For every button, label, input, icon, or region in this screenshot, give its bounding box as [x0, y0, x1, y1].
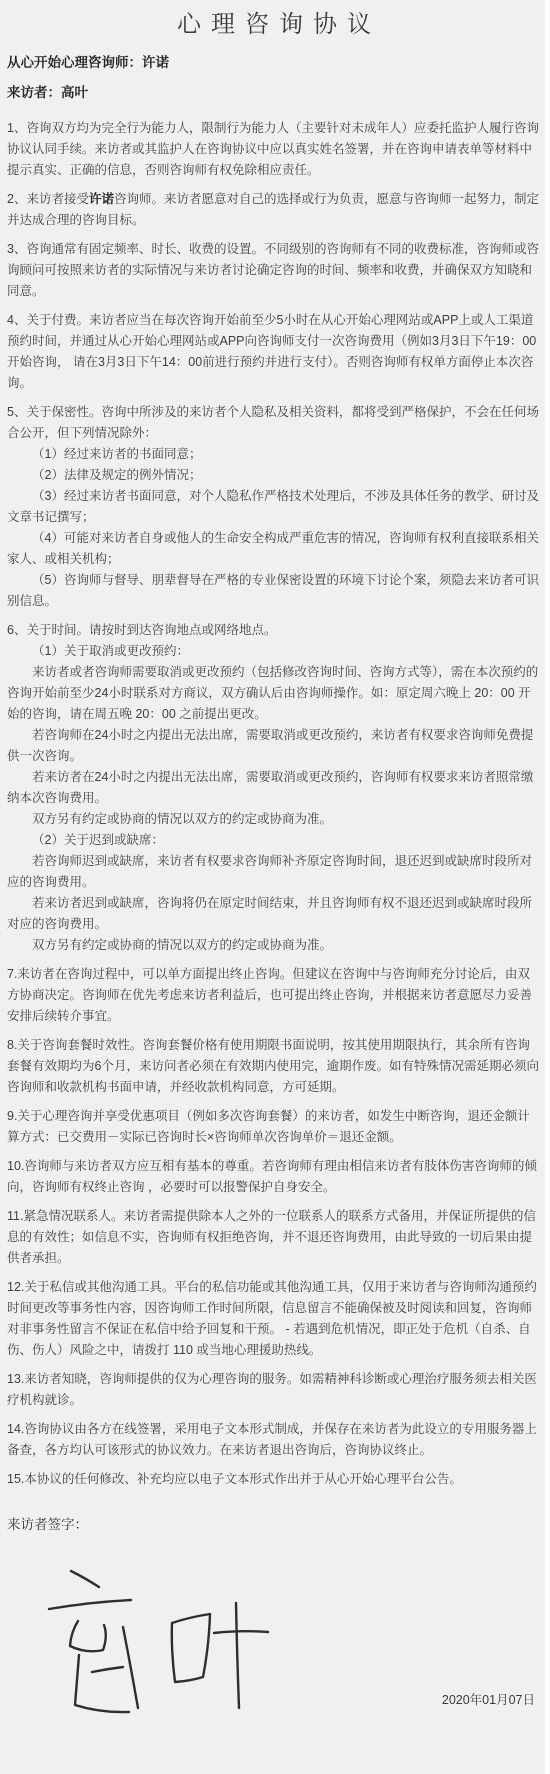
text-line: 双方另有约定或协商的情况以双方的约定或协商为准。: [7, 935, 541, 956]
text-line: （5）咨询师与督导、朋辈督导在严格的专业保密设置的环境下讨论个案，须隐去来访者可…: [7, 570, 541, 612]
text-segment: （3）经过来访者书面同意，对个人隐私作严格技术处理后，不涉及具体任务的教学、研讨…: [7, 489, 539, 524]
text-segment: 5、关于保密性。咨询中所涉及的来访者个人隐私及相关资料，都将受到严格保护，不会在…: [7, 405, 539, 440]
paragraph: 2、来访者接受许诺咨询师。来访者愿意对自己的选择或行为负责，愿意与咨询师一起努力…: [7, 189, 541, 231]
text-segment: 9.关于心理咨询并享受优惠项目（例如多次咨询套餐）的来访者，如发生中断咨询，退还…: [7, 1109, 530, 1144]
agreement-body: 1、咨询双方均为完全行为能力人，限制行为能力人（主要针对未成年人）应委托监护人履…: [7, 118, 541, 1490]
agreement-scroll-area[interactable]: 心理咨询协议 从心开始心理咨询师：许诺 来访者：高叶 1、咨询双方均为完全行为能…: [0, 0, 550, 1737]
paragraph: 14.咨询协议由各方在线签署，采用电子文本形式制成，并保存在来访者为此设立的专用…: [7, 1419, 541, 1461]
text-line: 4、关于付费。来访者应当在每次咨询开始前至少5小时在从心开始心理网站或APP上或…: [7, 310, 541, 394]
text-segment: 若来访者在24小时之内提出无法出席，需要取消或更改预约，咨询师有权要求来访者照常…: [7, 770, 533, 805]
scrollbar-track: [545, 0, 550, 1774]
text-segment: 若咨询师在24小时之内提出无法出席，需要取消或更改预约，来访者有权要求咨询师免费…: [7, 728, 533, 763]
text-line: 来访者或者咨询师需要取消或更改预约（包括修改咨询时间、咨询方式等），需在本次预约…: [7, 662, 541, 725]
text-line: （4）可能对来访者自身或他人的生命安全构成严重危害的情况，咨询师有权利直接联系相…: [7, 528, 541, 570]
text-line: 9.关于心理咨询并享受优惠项目（例如多次咨询套餐）的来访者，如发生中断咨询，退还…: [7, 1106, 541, 1148]
paragraph: 1、咨询双方均为完全行为能力人，限制行为能力人（主要针对未成年人）应委托监护人履…: [7, 118, 541, 181]
text-line: （3）经过来访者书面同意，对个人隐私作严格技术处理后，不涉及具体任务的教学、研讨…: [7, 486, 541, 528]
text-line: 若来访者迟到或缺席，咨询将仍在原定时间结束，并且咨询师有权不退还迟到或缺席时段所…: [7, 893, 541, 935]
paragraph: 13.来访者知晓，咨询师提供的仅为心理咨询的服务。如需精神科诊断或心理治疗服务须…: [7, 1369, 541, 1411]
text-segment: 许诺: [89, 192, 114, 206]
text-segment: 15.本协议的任何修改、补充均应以电子文本形式作出并于从心开始心理平台公告。: [7, 1472, 462, 1486]
text-segment: （2）法律及规定的例外情况；: [32, 468, 201, 482]
text-line: 若咨询师迟到或缺席，来访者有权要求咨询师补齐原定咨询时间，退还迟到或缺席时段所对…: [7, 851, 541, 893]
text-line: 若来访者在24小时之内提出无法出席，需要取消或更改预约，咨询师有权要求来访者照常…: [7, 767, 541, 809]
paragraph: 5、关于保密性。咨询中所涉及的来访者个人隐私及相关资料，都将受到严格保护，不会在…: [7, 402, 541, 612]
text-line: 12.关于私信或其他沟通工具。平台的私信功能或其他沟通工具，仅用于来访者与咨询师…: [7, 1277, 541, 1361]
paragraph: 4、关于付费。来访者应当在每次咨询开始前至少5小时在从心开始心理网站或APP上或…: [7, 310, 541, 394]
text-line: 11.紧急情况联系人。来访者需提供除本人之外的一位联系人的联系方式备用，并保证所…: [7, 1206, 541, 1269]
text-line: 14.咨询协议由各方在线签署，采用电子文本形式制成，并保存在来访者为此设立的专用…: [7, 1419, 541, 1461]
paragraph: 9.关于心理咨询并享受优惠项目（例如多次咨询套餐）的来访者，如发生中断咨询，退还…: [7, 1106, 541, 1148]
text-segment: 4、关于付费。来访者应当在每次咨询开始前至少5小时在从心开始心理网站或APP上或…: [7, 313, 536, 390]
text-line: 8.关于咨询套餐时效性。咨询套餐价格有使用期限书面说明，按其使用期限执行，其余所…: [7, 1035, 541, 1098]
signature-label: 来访者签字：: [7, 1517, 541, 1533]
text-line: （1）经过来访者的书面同意；: [7, 444, 541, 465]
text-line: 2、来访者接受许诺咨询师。来访者愿意对自己的选择或行为负责，愿意与咨询师一起努力…: [7, 189, 541, 231]
paragraph: 15.本协议的任何修改、补充均应以电子文本形式作出并于从心开始心理平台公告。: [7, 1469, 541, 1490]
text-segment: 13.来访者知晓，咨询师提供的仅为心理咨询的服务。如需精神科诊断或心理治疗服务须…: [7, 1372, 537, 1407]
text-segment: 来访者或者咨询师需要取消或更改预约（包括修改咨询时间、咨询方式等），需在本次预约…: [7, 665, 538, 721]
text-line: 5、关于保密性。咨询中所涉及的来访者个人隐私及相关资料，都将受到严格保护，不会在…: [7, 402, 541, 444]
text-line: 1、咨询双方均为完全行为能力人，限制行为能力人（主要针对未成年人）应委托监护人履…: [7, 118, 541, 181]
paragraph: 10.咨询师与来访者双方应互相有基本的尊重。若咨询师有理由相信来访者有肢体伤害咨…: [7, 1156, 541, 1198]
text-segment: 1、咨询双方均为完全行为能力人，限制行为能力人（主要针对未成年人）应委托监护人履…: [7, 121, 539, 177]
paragraph: 8.关于咨询套餐时效性。咨询套餐价格有使用期限书面说明，按其使用期限执行，其余所…: [7, 1035, 541, 1098]
text-line: 13.来访者知晓，咨询师提供的仅为心理咨询的服务。如需精神科诊断或心理治疗服务须…: [7, 1369, 541, 1411]
text-segment: 12.关于私信或其他沟通工具。平台的私信功能或其他沟通工具，仅用于来访者与咨询师…: [7, 1280, 537, 1357]
text-segment: （4）可能对来访者自身或他人的生命安全构成严重危害的情况，咨询师有权利直接联系相…: [7, 531, 539, 566]
text-segment: 7.来访者在咨询过程中，可以单方面提出终止咨询。但建议在咨询中与咨询师充分讨论后…: [7, 967, 532, 1023]
text-line: 7.来访者在咨询过程中，可以单方面提出终止咨询。但建议在咨询中与咨询师充分讨论后…: [7, 964, 541, 1027]
counselor-line: 从心开始心理咨询师：许诺: [7, 55, 541, 71]
text-segment: 14.咨询协议由各方在线签署，采用电子文本形式制成，并保存在来访者为此设立的专用…: [7, 1422, 537, 1457]
visitor-line: 来访者：高叶: [7, 85, 541, 101]
text-line: 3、咨询通常有固定频率、时长、收费的设置。不同级别的咨询师有不同的收费标准，咨询…: [7, 239, 541, 302]
text-segment: 若来访者迟到或缺席，咨询将仍在原定时间结束，并且咨询师有权不退还迟到或缺席时段所…: [7, 896, 532, 931]
page-title: 心理咨询协议: [7, 10, 541, 40]
text-segment: 6、关于时间。请按时到达咨询地点或网络地点。: [7, 623, 276, 637]
text-segment: （1）经过来访者的书面同意；: [32, 447, 201, 461]
signature-handwriting: [35, 1555, 297, 1737]
text-segment: （1）关于取消或更改预约：: [32, 644, 189, 658]
text-line: 10.咨询师与来访者双方应互相有基本的尊重。若咨询师有理由相信来访者有肢体伤害咨…: [7, 1156, 541, 1198]
text-line: 若咨询师在24小时之内提出无法出席，需要取消或更改预约，来访者有权要求咨询师免费…: [7, 725, 541, 767]
text-line: （1）关于取消或更改预约：: [7, 641, 541, 662]
text-segment: 3、咨询通常有固定频率、时长、收费的设置。不同级别的咨询师有不同的收费标准，咨询…: [7, 242, 539, 298]
paragraph: 7.来访者在咨询过程中，可以单方面提出终止咨询。但建议在咨询中与咨询师充分讨论后…: [7, 964, 541, 1027]
paragraph: 12.关于私信或其他沟通工具。平台的私信功能或其他沟通工具，仅用于来访者与咨询师…: [7, 1277, 541, 1361]
paragraph: 11.紧急情况联系人。来访者需提供除本人之外的一位联系人的联系方式备用，并保证所…: [7, 1206, 541, 1269]
text-segment: 若咨询师迟到或缺席，来访者有权要求咨询师补齐原定咨询时间，退还迟到或缺席时段所对…: [7, 854, 532, 889]
text-line: 15.本协议的任何修改、补充均应以电子文本形式作出并于从心开始心理平台公告。: [7, 1469, 541, 1490]
text-line: 6、关于时间。请按时到达咨询地点或网络地点。: [7, 620, 541, 641]
text-segment: （2）关于迟到或缺席：: [32, 833, 164, 847]
text-segment: 双方另有约定或协商的情况以双方的约定或协商为准。: [32, 812, 332, 826]
text-segment: 2、来访者接受: [7, 192, 89, 206]
text-segment: 8.关于咨询套餐时效性。咨询套餐价格有使用期限书面说明，按其使用期限执行，其余所…: [7, 1038, 539, 1094]
text-segment: 双方另有约定或协商的情况以双方的约定或协商为准。: [32, 938, 332, 952]
text-line: （2）法律及规定的例外情况；: [7, 465, 541, 486]
text-segment: （5）咨询师与督导、朋辈督导在严格的专业保密设置的环境下讨论个案，须隐去来访者可…: [7, 573, 539, 608]
text-segment: 10.咨询师与来访者双方应互相有基本的尊重。若咨询师有理由相信来访者有肢体伤害咨…: [7, 1159, 537, 1194]
text-segment: 11.紧急情况联系人。来访者需提供除本人之外的一位联系人的联系方式备用，并保证所…: [7, 1209, 536, 1265]
paragraph: 6、关于时间。请按时到达咨询地点或网络地点。（1）关于取消或更改预约：来访者或者…: [7, 620, 541, 956]
paragraph: 3、咨询通常有固定频率、时长、收费的设置。不同级别的咨询师有不同的收费标准，咨询…: [7, 239, 541, 302]
date-label: 2020年01月07日: [442, 1692, 535, 1708]
text-line: （2）关于迟到或缺席：: [7, 830, 541, 851]
text-line: 双方另有约定或协商的情况以双方的约定或协商为准。: [7, 809, 541, 830]
